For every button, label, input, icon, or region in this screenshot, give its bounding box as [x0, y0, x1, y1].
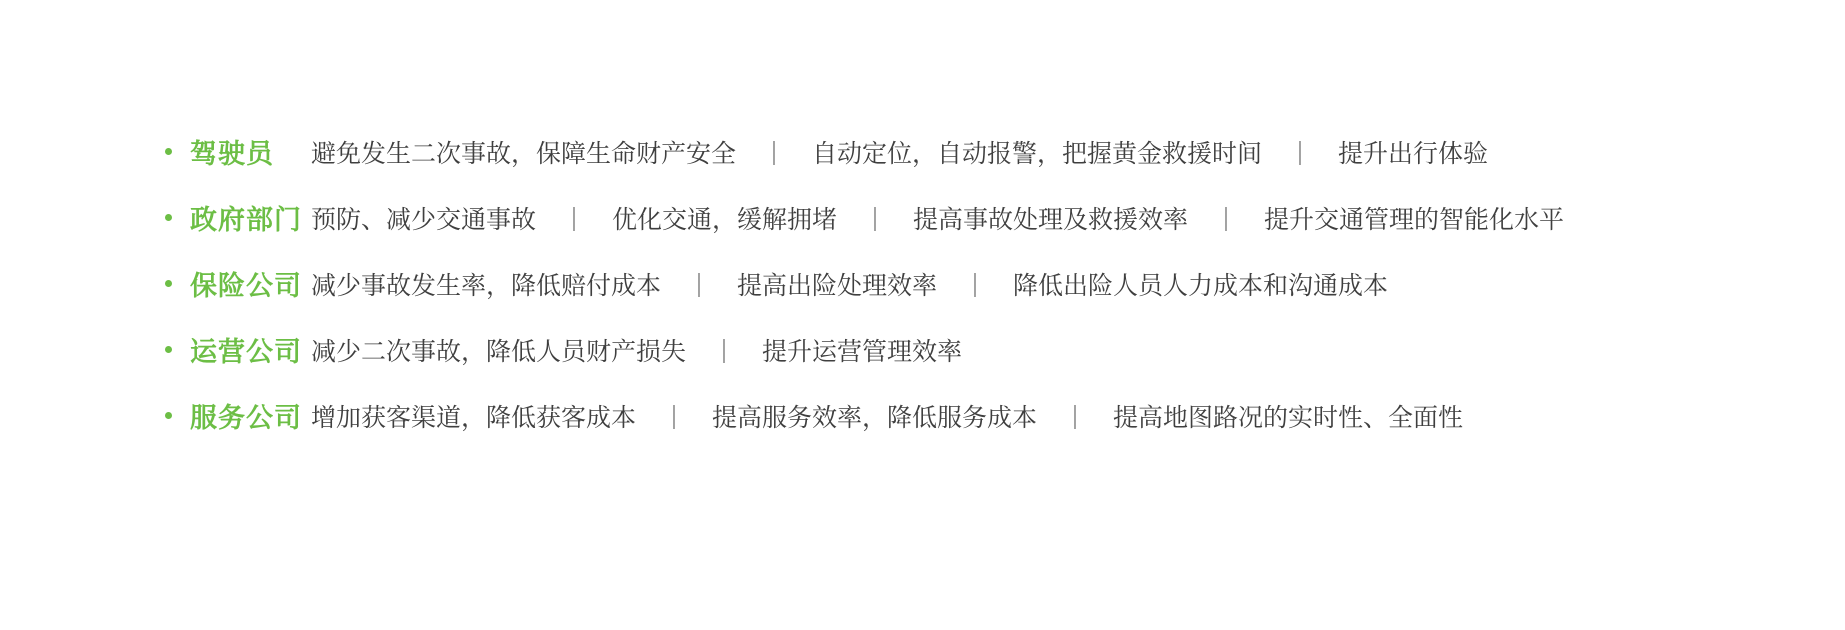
benefit-text: 自动定位，自动报警，把握黄金救援时间 — [812, 134, 1262, 170]
bullet-dot-icon — [165, 148, 172, 155]
benefit-text: 避免发生二次事故，保障生命财产安全 — [311, 134, 736, 170]
benefit-list: 减少二次事故，降低人员财产损失｜提升运营管理效率 — [311, 332, 962, 368]
separator-bar: ｜ — [562, 200, 586, 235]
separator-bar: ｜ — [1063, 398, 1087, 433]
separator-bar: ｜ — [963, 266, 987, 301]
separator-bar: ｜ — [1214, 200, 1238, 235]
bullet-dot-icon — [165, 280, 172, 287]
benefit-text: 减少二次事故，降低人员财产损失 — [311, 332, 686, 368]
separator-bar: ｜ — [687, 266, 711, 301]
benefit-list: 避免发生二次事故，保障生命财产安全｜自动定位，自动报警，把握黄金救援时间｜提升出… — [311, 134, 1488, 170]
stakeholder-label: 政府部门 — [190, 198, 311, 237]
benefit-text: 提升运营管理效率 — [762, 332, 962, 368]
benefit-text: 优化交通，缓解拥堵 — [612, 200, 837, 236]
stakeholder-row: 保险公司 减少事故发生率，降低赔付成本｜提高出险处理效率｜降低出险人员人力成本和… — [165, 270, 1564, 297]
benefit-list: 增加获客渠道，降低获客成本｜提高服务效率，降低服务成本｜提高地图路况的实时性、全… — [311, 398, 1463, 434]
stakeholder-row: 服务公司 增加获客渠道，降低获客成本｜提高服务效率，降低服务成本｜提高地图路况的… — [165, 402, 1564, 429]
slide-canvas: 驾驶员 避免发生二次事故，保障生命财产安全｜自动定位，自动报警，把握黄金救援时间… — [0, 0, 1845, 630]
separator-bar: ｜ — [662, 398, 686, 433]
stakeholder-row: 政府部门 预防、减少交通事故｜优化交通，缓解拥堵｜提高事故处理及救援效率｜提升交… — [165, 204, 1564, 231]
benefit-list: 预防、减少交通事故｜优化交通，缓解拥堵｜提高事故处理及救援效率｜提升交通管理的智… — [311, 200, 1564, 236]
benefit-text: 减少事故发生率，降低赔付成本 — [311, 266, 661, 302]
stakeholder-row: 驾驶员 避免发生二次事故，保障生命财产安全｜自动定位，自动报警，把握黄金救援时间… — [165, 138, 1564, 165]
benefit-text: 预防、减少交通事故 — [311, 200, 536, 236]
benefit-text: 提高地图路况的实时性、全面性 — [1113, 398, 1463, 434]
benefit-text: 提升出行体验 — [1338, 134, 1488, 170]
stakeholder-label: 服务公司 — [190, 396, 311, 435]
benefit-text: 提高事故处理及救援效率 — [913, 200, 1188, 236]
benefit-text: 提高服务效率，降低服务成本 — [712, 398, 1037, 434]
separator-bar: ｜ — [1288, 134, 1312, 169]
benefit-text: 提升交通管理的智能化水平 — [1264, 200, 1564, 236]
bullet-dot-icon — [165, 214, 172, 221]
benefit-text: 降低出险人员人力成本和沟通成本 — [1013, 266, 1388, 302]
benefit-list: 减少事故发生率，降低赔付成本｜提高出险处理效率｜降低出险人员人力成本和沟通成本 — [311, 266, 1388, 302]
benefit-text: 增加获客渠道，降低获客成本 — [311, 398, 636, 434]
stakeholder-benefits-list: 驾驶员 避免发生二次事故，保障生命财产安全｜自动定位，自动报警，把握黄金救援时间… — [165, 138, 1564, 468]
bullet-dot-icon — [165, 346, 172, 353]
separator-bar: ｜ — [863, 200, 887, 235]
separator-bar: ｜ — [762, 134, 786, 169]
bullet-dot-icon — [165, 412, 172, 419]
stakeholder-row: 运营公司 减少二次事故，降低人员财产损失｜提升运营管理效率 — [165, 336, 1564, 363]
stakeholder-label: 运营公司 — [190, 330, 311, 369]
stakeholder-label: 保险公司 — [190, 264, 311, 303]
separator-bar: ｜ — [712, 332, 736, 367]
stakeholder-label: 驾驶员 — [190, 132, 311, 171]
benefit-text: 提高出险处理效率 — [737, 266, 937, 302]
